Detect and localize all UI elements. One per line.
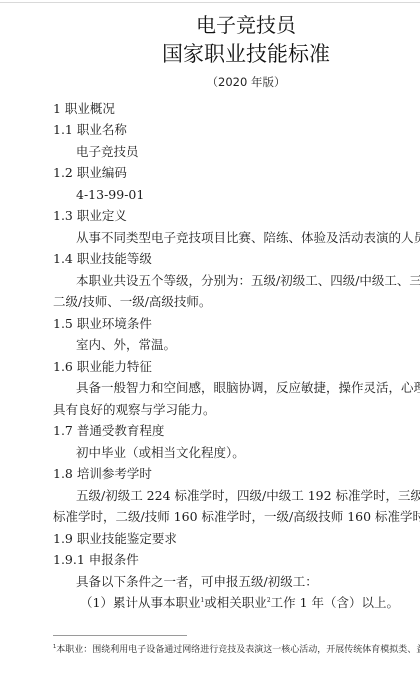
training-hours-line2: 标准学时，二级/技师 160 标准学时，一级/高级技师 160 标准学时。 (53, 508, 420, 526)
condition-1-part-b: 或相关职业 (204, 595, 267, 610)
section-heading-1-4: 1.4 职业技能等级 (53, 250, 152, 268)
section-heading-1-9-1: 1.9.1 申报条件 (53, 551, 139, 569)
document-subtitle: 国家职业技能标准 (0, 41, 420, 68)
ability-text-line1: 具备一般智力和空间感，眼脑协调，反应敏捷，操作灵活，心理素质稳定， (76, 379, 420, 397)
footnote-1: 1本职业：围绕利用电子设备通过网络进行竞技及表演这一核心活动，开展传统体育模拟类… (53, 644, 420, 657)
edition-label: （2020 年版） (0, 74, 420, 90)
occupation-name: 电子竞技员 (76, 143, 139, 161)
section-heading-1-9: 1.9 职业技能鉴定要求 (53, 530, 177, 548)
document-title: 电子竞技员 (0, 12, 420, 38)
section-heading-1-8: 1.8 培训参考学时 (53, 465, 152, 483)
footnote-separator (53, 635, 187, 636)
education-text: 初中毕业（或相当文化程度）。 (76, 444, 245, 462)
occupation-code: 4-13-99-01 (76, 186, 144, 204)
application-condition-1: （1）累计从事本职业1或相关职业2工作 1 年（含）以上。 (80, 594, 399, 612)
application-intro: 具备以下条件之一者，可申报五级/初级工： (76, 573, 318, 591)
skill-levels-text-line2: 二级/技师、一级/高级技师。 (53, 293, 211, 311)
section-heading-1-1: 1.1 职业名称 (53, 121, 127, 139)
ability-text-line2: 具有良好的观察与学习能力。 (53, 401, 216, 419)
skill-levels-text-line1: 本职业共设五个等级，分别为：五级/初级工、四级/中级工、三级/高级工、 (76, 272, 420, 290)
footnote-text: 本职业：围绕利用电子设备通过网络进行竞技及表演这一核心活动，开展传统体育模拟类、… (56, 645, 420, 655)
section-heading-1-3: 1.3 职业定义 (53, 207, 127, 225)
condition-1-part-c: 工作 1 年（含）以上。 (271, 595, 399, 610)
top-border (0, 2, 420, 3)
section-heading-1: 1 职业概况 (53, 100, 115, 118)
training-hours-line1: 五级/初级工 224 标准学时，四级/中级工 192 标准学时，三级/高级工 1… (76, 487, 420, 505)
occupation-definition: 从事不同类型电子竞技项目比赛、陪练、体验及活动表演的人员。 (76, 229, 420, 247)
condition-1-part-a: （1）累计从事本职业 (80, 595, 200, 610)
section-heading-1-7: 1.7 普通受教育程度 (53, 422, 164, 440)
environment-text: 室内、外，常温。 (76, 336, 176, 354)
section-heading-1-2: 1.2 职业编码 (53, 164, 127, 182)
section-heading-1-5: 1.5 职业环境条件 (53, 315, 152, 333)
section-heading-1-6: 1.6 职业能力特征 (53, 358, 152, 376)
